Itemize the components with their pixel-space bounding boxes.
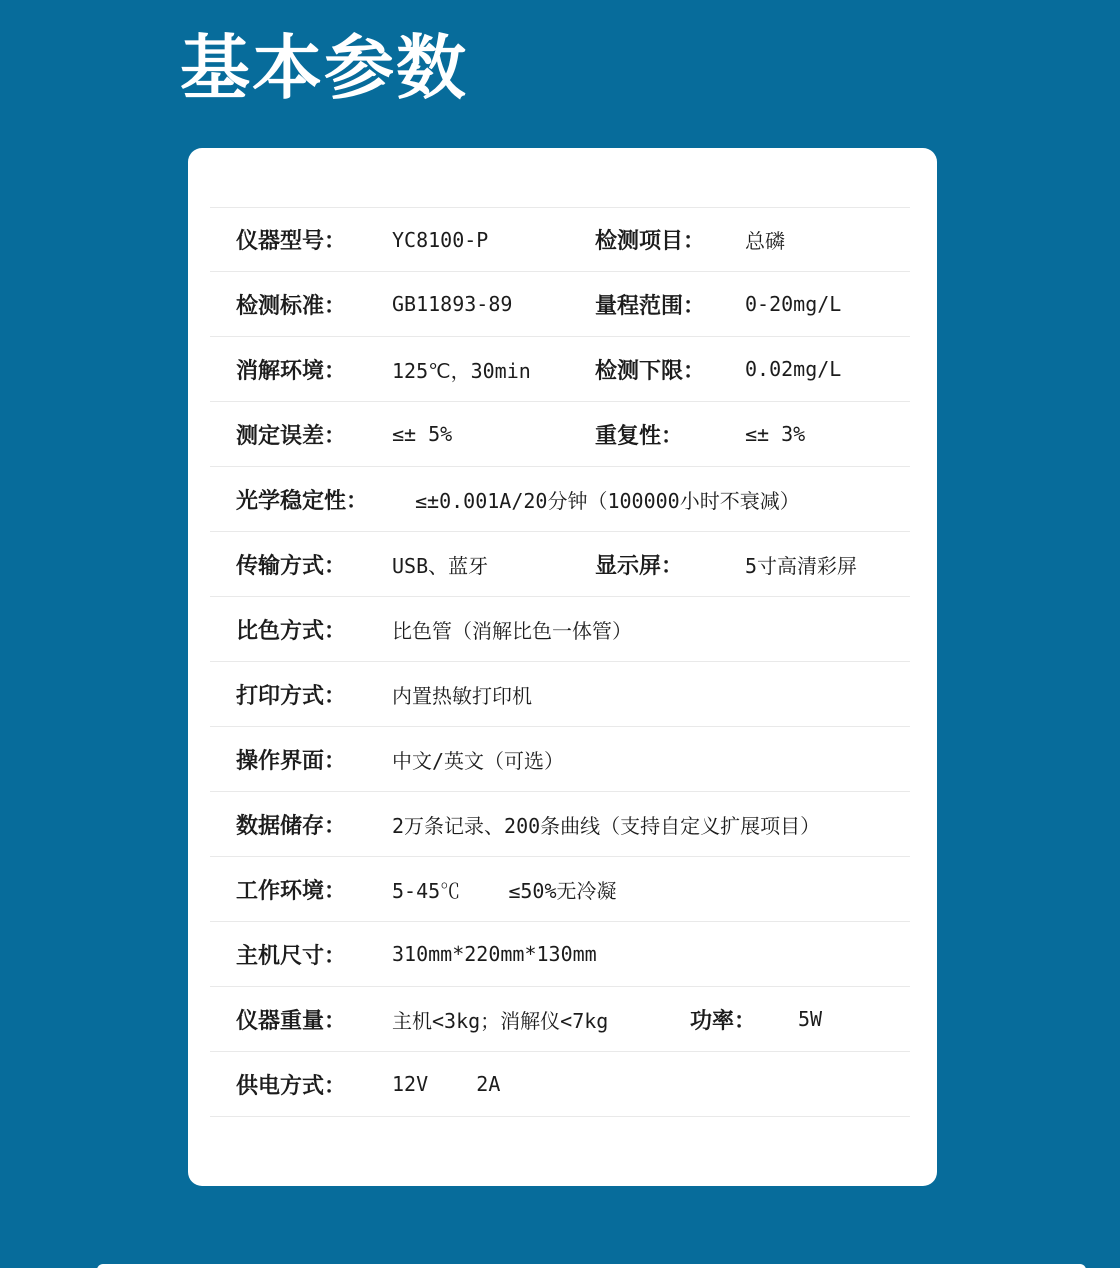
spec-value: 中文/英文（可选）: [392, 745, 564, 774]
spec-label: 仪器重量：: [236, 1004, 392, 1035]
spec-label: 操作界面：: [236, 744, 392, 775]
spec-value: 0.02mg/L: [745, 357, 841, 381]
spec-value: 主机<3kg；消解仪<7kg: [392, 1005, 690, 1034]
spec-row: 工作环境：5-45℃ ≤50%无冷凝: [210, 857, 910, 922]
spec-value: YC8100-P: [392, 228, 595, 252]
spec-row: 仪器重量：主机<3kg；消解仪<7kg功率：5W: [210, 987, 910, 1052]
spec-label: 检测项目：: [595, 224, 745, 255]
spec-label: 测定误差：: [236, 419, 392, 450]
spec-label: 检测下限：: [595, 354, 745, 385]
spec-value: 比色管（消解比色一体管）: [392, 615, 632, 644]
spec-label: 传输方式：: [236, 549, 392, 580]
spec-label: 消解环境：: [236, 354, 392, 385]
spec-row: 光学稳定性：≤±0.001A/20分钟（100000小时不衰减）: [210, 467, 910, 532]
spec-value: 总磷: [745, 225, 785, 254]
spec-value: 2万条记录、200条曲线（支持自定义扩展项目）: [392, 810, 820, 839]
spec-row: 操作界面：中文/英文（可选）: [210, 727, 910, 792]
spec-row: 主机尺寸：310mm*220mm*130mm: [210, 922, 910, 987]
spec-value: ≤± 5%: [392, 422, 595, 446]
spec-row: 打印方式：内置热敏打印机: [210, 662, 910, 727]
spec-label: 显示屏：: [595, 549, 745, 580]
spec-label: 打印方式：: [236, 679, 392, 710]
spec-label: 重复性：: [595, 419, 745, 450]
spec-label: 功率：: [690, 1004, 798, 1035]
spec-row: 测定误差：≤± 5%重复性：≤± 3%: [210, 402, 910, 467]
spec-label: 量程范围：: [595, 289, 745, 320]
spec-value: ≤± 3%: [745, 422, 805, 446]
spec-table: 仪器型号：YC8100-P检测项目：总磷检测标准：GB11893-89量程范围：…: [210, 207, 910, 1117]
spec-label: 比色方式：: [236, 614, 392, 645]
page-title: 基本参数: [180, 30, 468, 107]
spec-value: 0-20mg/L: [745, 292, 841, 316]
next-card-peek: [97, 1264, 1086, 1268]
spec-label: 检测标准：: [236, 289, 392, 320]
spec-row: 传输方式：USB、蓝牙显示屏：5寸高清彩屏: [210, 532, 910, 597]
spec-row: 消解环境：125℃，30min检测下限：0.02mg/L: [210, 337, 910, 402]
spec-value: 5寸高清彩屏: [745, 550, 857, 579]
spec-label: 供电方式：: [236, 1069, 392, 1100]
spec-label: 工作环境：: [236, 874, 392, 905]
spec-value: 310mm*220mm*130mm: [392, 942, 597, 966]
spec-label: 数据储存：: [236, 809, 392, 840]
spec-value: ≤±0.001A/20分钟（100000小时不衰减）: [415, 485, 800, 514]
spec-label: 光学稳定性：: [236, 484, 415, 515]
spec-value: GB11893-89: [392, 292, 595, 316]
spec-value: 125℃，30min: [392, 355, 595, 384]
spec-value: 内置热敏打印机: [392, 680, 532, 709]
spec-value: 5-45℃ ≤50%无冷凝: [392, 875, 617, 904]
spec-row: 检测标准：GB11893-89量程范围：0-20mg/L: [210, 272, 910, 337]
spec-card: 仪器型号：YC8100-P检测项目：总磷检测标准：GB11893-89量程范围：…: [188, 148, 937, 1186]
spec-row: 供电方式：12V 2A: [210, 1052, 910, 1117]
spec-value: 5W: [798, 1007, 822, 1031]
spec-label: 仪器型号：: [236, 224, 392, 255]
spec-row: 仪器型号：YC8100-P检测项目：总磷: [210, 207, 910, 272]
spec-value: 12V 2A: [392, 1072, 500, 1096]
spec-row: 比色方式：比色管（消解比色一体管）: [210, 597, 910, 662]
spec-row: 数据储存：2万条记录、200条曲线（支持自定义扩展项目）: [210, 792, 910, 857]
spec-value: USB、蓝牙: [392, 550, 595, 579]
spec-label: 主机尺寸：: [236, 939, 392, 970]
